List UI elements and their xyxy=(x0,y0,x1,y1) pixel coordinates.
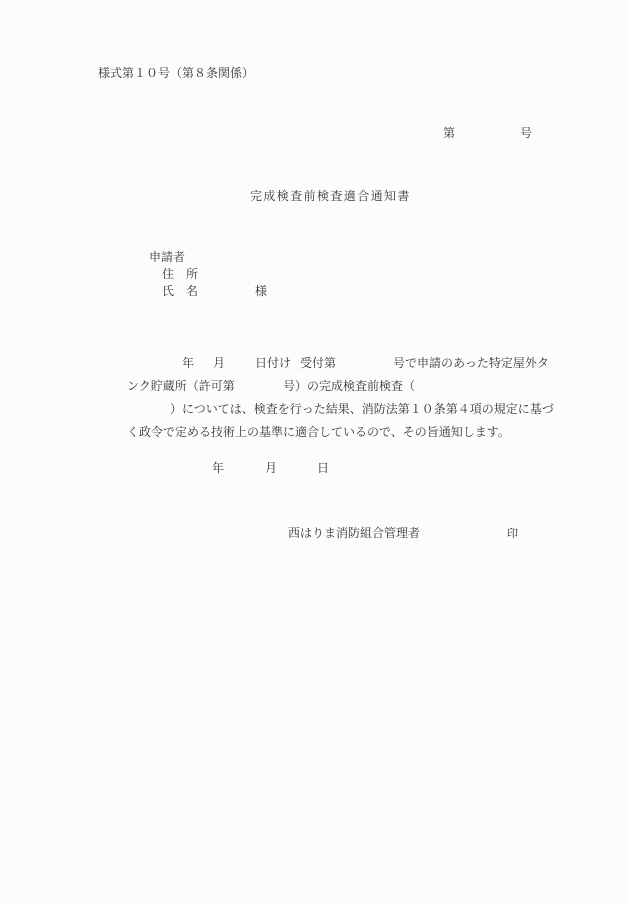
body-line1-year-label: 年 xyxy=(182,356,194,371)
issue-date-year-label: 年 xyxy=(212,461,224,476)
document-title: 完成検査前検査適合通知書 xyxy=(250,189,411,204)
body-line1-month-label: 月 xyxy=(213,356,225,371)
applicant-address-label: 住 所 xyxy=(162,267,198,282)
issue-date-month-label: 月 xyxy=(265,461,277,476)
body-line3-text: ）については、検査を行った結果、消防法第１０条第４項の規定に基づ xyxy=(170,402,554,417)
doc-number-prefix: 第 xyxy=(443,126,455,141)
body-line1-reception-label: 受付第 xyxy=(300,356,336,371)
seal-mark: 印 xyxy=(507,527,518,542)
body-line2-text-b: 号）の完成検査前検査（ xyxy=(283,379,415,394)
document-page: 様式第１０号（第８条関係） 第 号 完成検査前検査適合通知書 申請者 住 所 氏… xyxy=(0,0,630,903)
body-line1-day-label: 日付け xyxy=(255,356,291,371)
applicant-honorific: 様 xyxy=(255,284,267,299)
applicant-name-label: 氏 名 xyxy=(162,284,198,299)
doc-number-suffix: 号 xyxy=(520,126,532,141)
form-number: 様式第１０号（第８条関係） xyxy=(98,66,254,81)
issue-date-day-label: 日 xyxy=(317,461,329,476)
issuer-signature: 西はりま消防組合管理者 xyxy=(288,526,420,541)
body-line4-text: く政令で定める技術上の基準に適合しているので、その旨通知します。 xyxy=(127,425,510,440)
applicant-label: 申請者 xyxy=(149,250,185,265)
body-line1-text: 号で申請のあった特定屋外タ xyxy=(393,356,549,371)
body-line2-text-a: ンク貯蔵所（許可第 xyxy=(127,379,235,394)
